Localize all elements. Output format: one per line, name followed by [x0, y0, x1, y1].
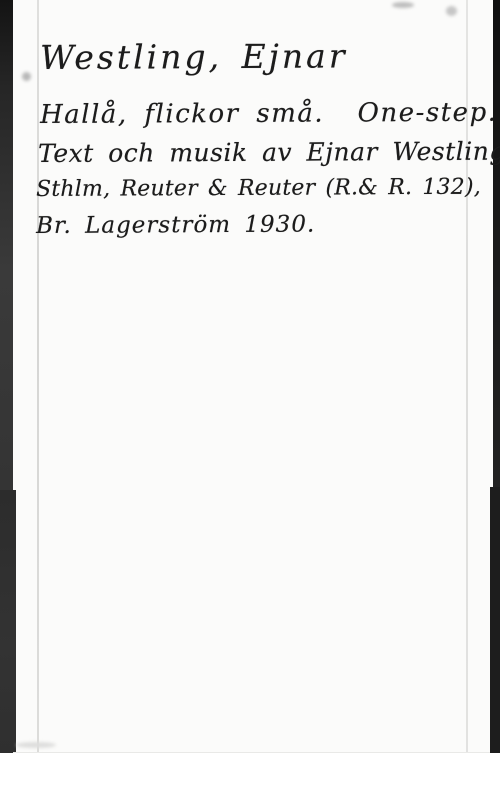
card-line-credits: Text och musik av Ejnar Westling. — [38, 137, 500, 168]
card-line-printer-year: Br. Lagerström 1930. — [36, 212, 315, 239]
card-heading-author: Westling, Ejnar — [40, 36, 348, 77]
scan-smudge — [446, 6, 457, 16]
card-left-edge — [37, 0, 39, 753]
card-line-publisher: Sthlm, Reuter & Reuter (R.& R. 132), tr. — [36, 174, 500, 202]
scan-smudge — [16, 742, 56, 748]
scanner-bar-right-top — [493, 0, 500, 487]
scan-smudge — [392, 2, 414, 8]
scanner-bar-left-top — [0, 0, 13, 490]
scanner-bar-right-bottom — [490, 487, 500, 753]
card-line-title: Hallå, flickor små. One-step. — [40, 98, 498, 130]
card-bottom-edge — [13, 752, 490, 753]
scanned-catalog-card: Westling, Ejnar Hallå, flickor små. One-… — [0, 0, 500, 800]
scan-smudge — [22, 72, 31, 81]
scanner-bar-left-bottom — [0, 490, 16, 753]
